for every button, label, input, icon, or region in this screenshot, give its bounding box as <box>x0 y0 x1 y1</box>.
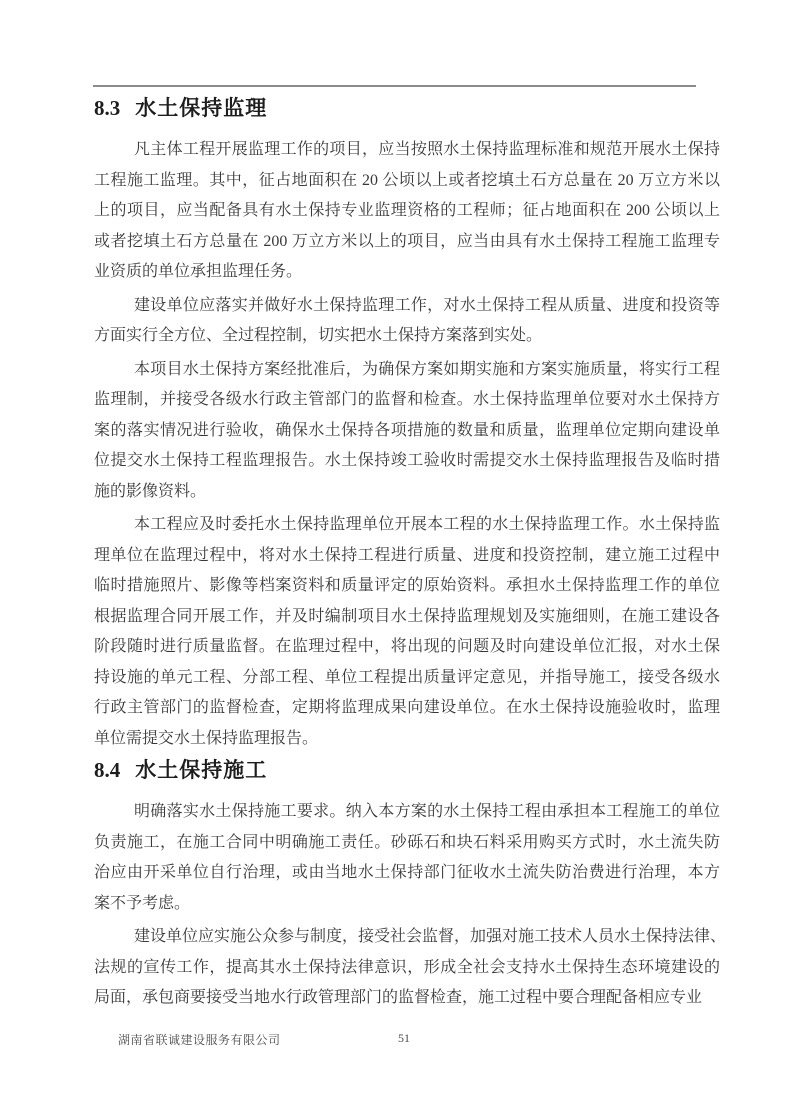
text-line: 上的项目，应当配备具有水土保持专业监理资格的工程师；征占地面积在 200 公顷以… <box>94 196 720 227</box>
text-line: 本工程应及时委托水土保持监理单位开展本工程的水土保持监理工作。水土保持监 <box>94 510 720 541</box>
text-line: 负责施工，在施工合同中明确施工责任。砂砾石和块石料采用购买方式时，水土流失防 <box>94 828 720 859</box>
footer-page-number: 51 <box>398 1031 410 1046</box>
text-line: 位提交水土保持工程监理报告。水土保持竣工验收时需提交水土保持监理报告及临时措 <box>94 446 720 477</box>
text-line: 案不予考虑。 <box>94 889 720 920</box>
footer-company-name: 湖南省联诚建设服务有限公司 <box>118 1031 281 1048</box>
paragraph: 本工程应及时委托水土保持监理单位开展本工程的水土保持监理工作。水土保持监理单位在… <box>94 510 720 754</box>
text-line: 法规的宣传工作，提高其水土保持法律意识，形成全社会支持水土保持生态环境建设的 <box>94 953 720 984</box>
text-line: 行政主管部门的监督检查，定期将监理成果向建设单位。在水土保持设施验收时，监理 <box>94 693 720 724</box>
text-line: 阶段随时进行质量监督。在监理过程中，将出现的问题及时向建设单位汇报，对水土保 <box>94 632 720 663</box>
section-heading: 8.3水土保持监理 <box>94 95 720 121</box>
text-line: 凡主体工程开展监理工作的项目，应当按照水土保持监理标准和规范开展水土保持 <box>94 135 720 166</box>
text-line: 建设单位应实施公众参与制度，接受社会监督，加强对施工技术人员水土保持法律、 <box>94 922 720 953</box>
text-line: 方面实行全方位、全过程控制，切实把水土保持方案落到实处。 <box>94 321 720 352</box>
text-line: 案的落实情况进行验收，确保水土保持各项措施的数量和质量，监理单位定期向建设单 <box>94 416 720 447</box>
text-line: 施的影像资料。 <box>94 477 720 508</box>
text-line: 建设单位应落实并做好水土保持监理工作，对水土保持工程从质量、进度和投资等 <box>94 291 720 322</box>
paragraph: 凡主体工程开展监理工作的项目，应当按照水土保持监理标准和规范开展水土保持工程施工… <box>94 135 720 288</box>
text-line: 单位需提交水土保持监理报告。 <box>94 724 720 755</box>
section-heading: 8.4水土保持施工 <box>94 757 720 783</box>
document-content: 8.3水土保持监理凡主体工程开展监理工作的项目，应当按照水土保持监理标准和规范开… <box>94 93 720 1017</box>
text-line: 本项目水土保持方案经批准后，为确保方案如期实施和方案实施质量，将实行工程 <box>94 355 720 386</box>
section-title: 水土保持施工 <box>135 758 267 782</box>
section-number: 8.3 <box>94 96 120 120</box>
document-page: 8.3水土保持监理凡主体工程开展监理工作的项目，应当按照水土保持监理标准和规范开… <box>0 0 790 1118</box>
text-line: 临时措施照片、影像等档案资料和质量评定的原始资料。承担水土保持监理工作的单位 <box>94 571 720 602</box>
text-line: 明确落实水土保持施工要求。纳入本方案的水土保持工程由承担本工程施工的单位 <box>94 797 720 828</box>
text-line: 监理制，并接受各级水行政主管部门的监督和检查。水土保持监理单位要对水土保持方 <box>94 385 720 416</box>
header-rule <box>93 85 696 87</box>
text-line: 业资质的单位承担监理任务。 <box>94 257 720 288</box>
section-number: 8.4 <box>94 758 120 782</box>
paragraph: 建设单位应落实并做好水土保持监理工作，对水土保持工程从质量、进度和投资等方面实行… <box>94 291 720 352</box>
paragraph: 明确落实水土保持施工要求。纳入本方案的水土保持工程由承担本工程施工的单位负责施工… <box>94 797 720 919</box>
text-line: 理单位在监理过程中，将对水土保持工程进行质量、进度和投资控制，建立施工过程中 <box>94 541 720 572</box>
text-line: 治应由开采单位自行治理，或由当地水土保持部门征收水土流失防治费进行治理，本方 <box>94 858 720 889</box>
paragraph: 本项目水土保持方案经批准后，为确保方案如期实施和方案实施质量，将实行工程监理制，… <box>94 355 720 508</box>
section-title: 水土保持监理 <box>135 96 267 120</box>
paragraph: 建设单位应实施公众参与制度，接受社会监督，加强对施工技术人员水土保持法律、法规的… <box>94 922 720 1014</box>
text-line: 或者挖填土石方总量在 200 万立方米以上的项目，应当由具有水土保持工程施工监理… <box>94 227 720 258</box>
text-line: 持设施的单元工程、分部工程、单位工程提出质量评定意见，并指导施工，接受各级水 <box>94 663 720 694</box>
text-line: 根据监理合同开展工作，并及时编制项目水土保持监理规划及实施细则，在施工建设各 <box>94 602 720 633</box>
text-line: 工程施工监理。其中，征占地面积在 20 公顷以上或者挖填土石方总量在 20 万立… <box>94 166 720 197</box>
text-line: 局面，承包商要接受当地水行政管理部门的监督检查，施工过程中要合理配备相应专业 <box>94 983 720 1014</box>
page-footer: 湖南省联诚建设服务有限公司 51 <box>0 1031 790 1051</box>
